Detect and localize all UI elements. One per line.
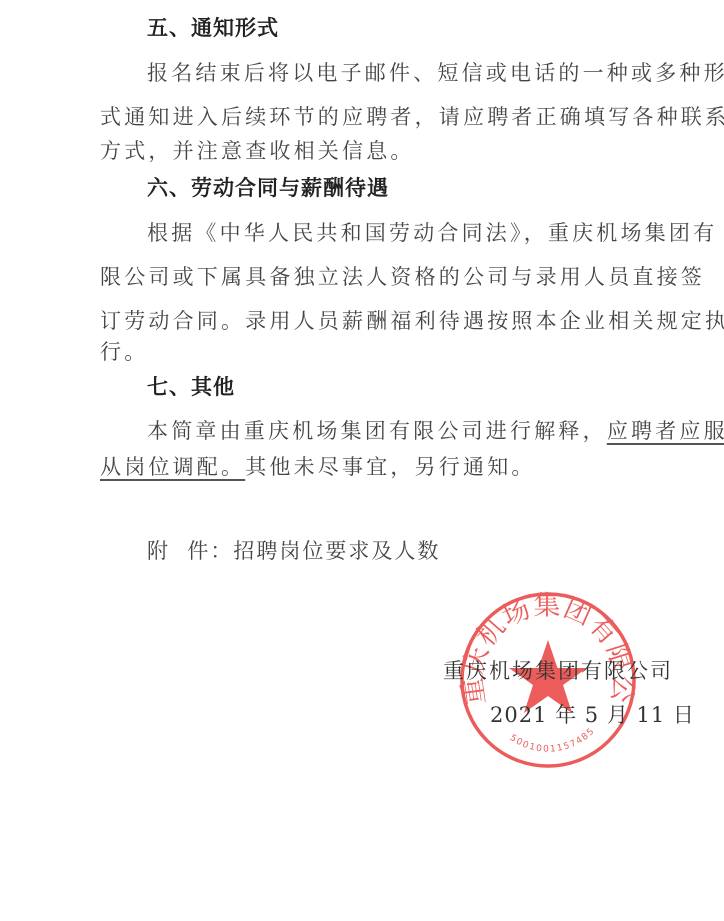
stamp-serial: 5001001157485: [508, 726, 598, 755]
paragraph-line: 报名结束后将以电子邮件、短信或电话的一种或多种形: [147, 59, 659, 87]
signature-organization: 重庆机场集团有限公司: [443, 655, 673, 685]
paragraph-line: 本简章由重庆机场集团有限公司进行解释，应聘者应服: [147, 417, 659, 445]
section-heading-contract: 六、劳动合同与薪酬待遇: [147, 174, 659, 202]
paragraph-line: 限公司或下属具备独立法人资格的公司与录用人员直接签: [100, 263, 660, 291]
paragraph-line: 订劳动合同。录用人员薪酬福利待遇按照本企业相关规定执: [100, 307, 660, 335]
underlined-text: 应聘者应服: [607, 419, 724, 443]
paragraph-text: 其他未尽事宜，另行通知。: [245, 455, 535, 479]
signature-date: 2021 年 5 月 11 日: [490, 699, 695, 729]
paragraph-line: 根据《中华人民共和国劳动合同法》，重庆机场集团有: [147, 219, 659, 247]
underlined-text: 从岗位调配。: [100, 455, 245, 479]
section-heading-notification: 五、通知形式: [147, 14, 659, 42]
paragraph-line: 行。: [100, 338, 660, 366]
section-heading-other: 七、其他: [147, 373, 659, 401]
paragraph-line: 式通知进入后续环节的应聘者，请应聘者正确填写各种联系: [100, 103, 660, 131]
svg-text:5001001157485: 5001001157485: [508, 726, 598, 755]
paragraph-line: 方式，并注意查收相关信息。: [100, 137, 660, 165]
paragraph-text: 本简章由重庆机场集团有限公司进行解释，: [147, 419, 607, 443]
document-page: 五、通知形式 报名结束后将以电子邮件、短信或电话的一种或多种形 式通知进入后续环…: [0, 0, 724, 921]
paragraph-line: 从岗位调配。其他未尽事宜，另行通知。: [100, 453, 660, 481]
attachment-note: 附 件：招聘岗位要求及人数: [147, 537, 659, 565]
